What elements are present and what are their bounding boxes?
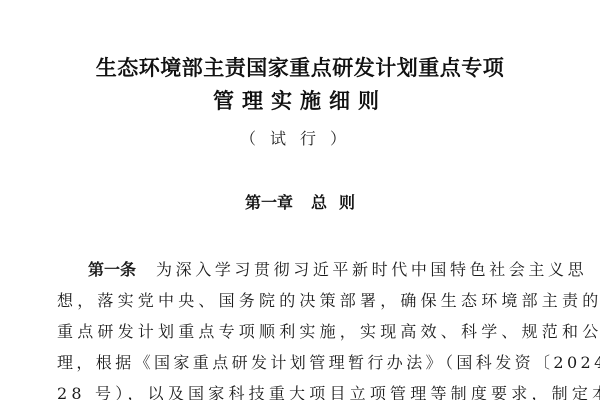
chapter-name-part-2: 则 xyxy=(339,193,355,212)
document-title-line-2: 管理实施细则 xyxy=(0,85,600,115)
chapter-name-part-1: 总 xyxy=(311,193,327,212)
paragraph-line: 28 号），以及国家科技重大项目立项管理等制度要求，制定本细 xyxy=(57,384,547,400)
paragraph-line: 重点研发计划重点专项顺利实施，实现高效、科学、规范和公正管 xyxy=(57,322,547,342)
chapter-number: 第一章 xyxy=(245,193,293,212)
paragraph-line: 理，根据《国家重点研发计划管理暂行办法》（国科发资〔2024〕 xyxy=(57,353,547,373)
paragraph-line: 想，落实党中央、国务院的决策部署，确保生态环境部主责的国家 xyxy=(57,291,547,311)
paragraph-text: 为深入学习贯彻习近平新时代中国特色社会主义思 xyxy=(156,260,587,279)
paragraph-line: 第一条为深入学习贯彻习近平新时代中国特色社会主义思 xyxy=(88,260,578,280)
article-label: 第一条 xyxy=(88,260,136,279)
chapter-heading: 第一章总则 xyxy=(0,190,600,213)
document-subtitle: （试行） xyxy=(0,126,600,149)
document-title-line-1: 生态环境部主责国家重点研发计划重点专项 xyxy=(0,52,600,82)
